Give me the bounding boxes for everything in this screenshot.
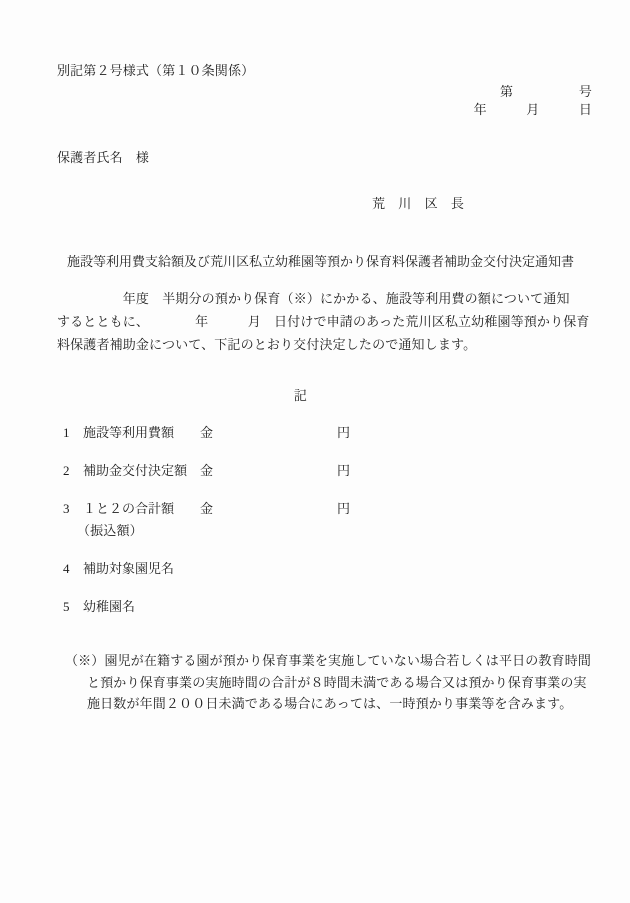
amount-suffix: 円 bbox=[337, 464, 350, 477]
record-heading: 記 bbox=[0, 389, 601, 402]
body-paragraph-line-2: するとともに、 年 月 日付けで申請のあった荒川区私立幼稚園等預かり保育 bbox=[57, 315, 590, 328]
item-row: 4 補助対象園児名 bbox=[0, 562, 630, 578]
item-number: 4 bbox=[63, 562, 70, 575]
body-paragraph-line-1: 年度 半期分の預かり保育（※）にかかる、施設等利用費の額について通知 bbox=[57, 292, 570, 305]
mayor-signature-line: 荒 川 区 長 bbox=[372, 197, 464, 210]
addressee-line: 保護者氏名 様 bbox=[57, 151, 149, 164]
amount-prefix: 金 bbox=[200, 502, 213, 515]
amount-prefix: 金 bbox=[200, 426, 213, 439]
form-number-line: 別記第２号様式（第１０条関係） bbox=[57, 64, 254, 77]
item-label: 補助金交付決定額 bbox=[83, 464, 187, 477]
body-paragraph-line-3: 料保護者補助金について、下記のとおり交付決定したので通知します。 bbox=[57, 338, 476, 351]
item-number: 1 bbox=[63, 426, 70, 439]
item-label: 幼稚園名 bbox=[83, 600, 135, 613]
document-page: 別記第２号様式（第１０条関係） 第 号 年 月 日 保護者氏名 様 荒 川 区 … bbox=[0, 0, 630, 903]
document-number-line: 第 号 bbox=[500, 85, 592, 98]
item-row: 1 施設等利用費額 金 円 bbox=[0, 426, 630, 442]
footnote-line-3: 施日数が年間２００日未満である場合にあっては、一時預かり事業等を含みます。 bbox=[87, 697, 572, 710]
amount-prefix: 金 bbox=[200, 464, 213, 477]
item-row: 2 補助金交付決定額 金 円 bbox=[0, 464, 630, 480]
document-title: 施設等利用費支給額及び荒川区私立幼稚園等預かり保育料保護者補助金交付決定通知書 bbox=[67, 255, 574, 268]
item-row: 3 １と２の合計額 金 円 bbox=[0, 502, 630, 518]
item-number: 3 bbox=[63, 502, 70, 515]
item-label: １と２の合計額 bbox=[83, 502, 174, 515]
transfer-amount-note: （振込額） bbox=[77, 524, 143, 537]
footnote-line-2: と預かり保育事業の実施時間の合計が８時間未満である場合又は預かり保育事業の実 bbox=[87, 676, 587, 689]
item-label: 補助対象園児名 bbox=[83, 562, 174, 575]
item-row: 5 幼稚園名 bbox=[0, 600, 630, 616]
amount-suffix: 円 bbox=[337, 502, 350, 515]
amount-suffix: 円 bbox=[337, 426, 350, 439]
footnote-line-1: （※）園児が在籍する園が預かり保育事業を実施していない場合若しくは平日の教育時間 bbox=[65, 654, 591, 667]
item-label: 施設等利用費額 bbox=[83, 426, 174, 439]
item-number: 5 bbox=[63, 600, 70, 613]
item-number: 2 bbox=[63, 464, 70, 477]
date-line: 年 月 日 bbox=[474, 103, 592, 116]
